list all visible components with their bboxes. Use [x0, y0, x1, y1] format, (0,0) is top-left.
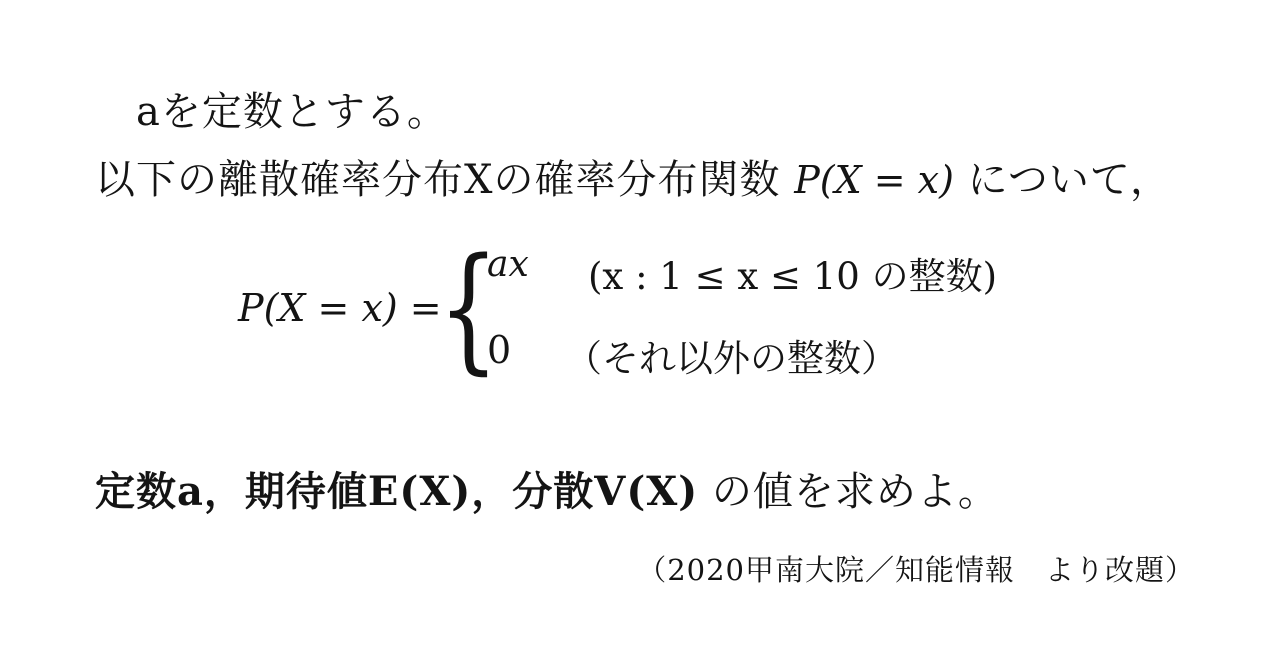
case-1-value: ax [487, 244, 529, 285]
intro-line-1: aを定数とする。 [136, 80, 448, 137]
intro-line-2-math-expression: P(X = x) [794, 158, 954, 202]
question-rest-part: の値を求めよ。 [698, 469, 999, 515]
intro-line-2-suffix: について， [954, 157, 1171, 203]
formula-lhs: P(X = x) = [238, 286, 442, 330]
source-attribution: （2020甲南大院／知能情報 より改題） [0, 548, 1195, 589]
question-bold-part: 定数a，期待値E(X)，分散V(X) [95, 468, 698, 515]
intro-line-2-prefix: 以下の離散確率分布Xの確率分布関数 [95, 157, 794, 203]
case-1-condition: (x : 1 ≤ x ≤ 10 の整数) [588, 246, 997, 300]
question-line: 定数a，期待値E(X)，分散V(X) の値を求めよ。 [95, 460, 999, 517]
intro-line-2: 以下の離散確率分布Xの確率分布関数 P(X = x) について， [95, 148, 1171, 205]
case-2-value: 0 [487, 328, 511, 372]
case-2-condition: （それ以外の整数） [565, 328, 898, 382]
problem-page: aを定数とする。 以下の離散確率分布Xの確率分布関数 P(X = x) について… [0, 0, 1280, 670]
